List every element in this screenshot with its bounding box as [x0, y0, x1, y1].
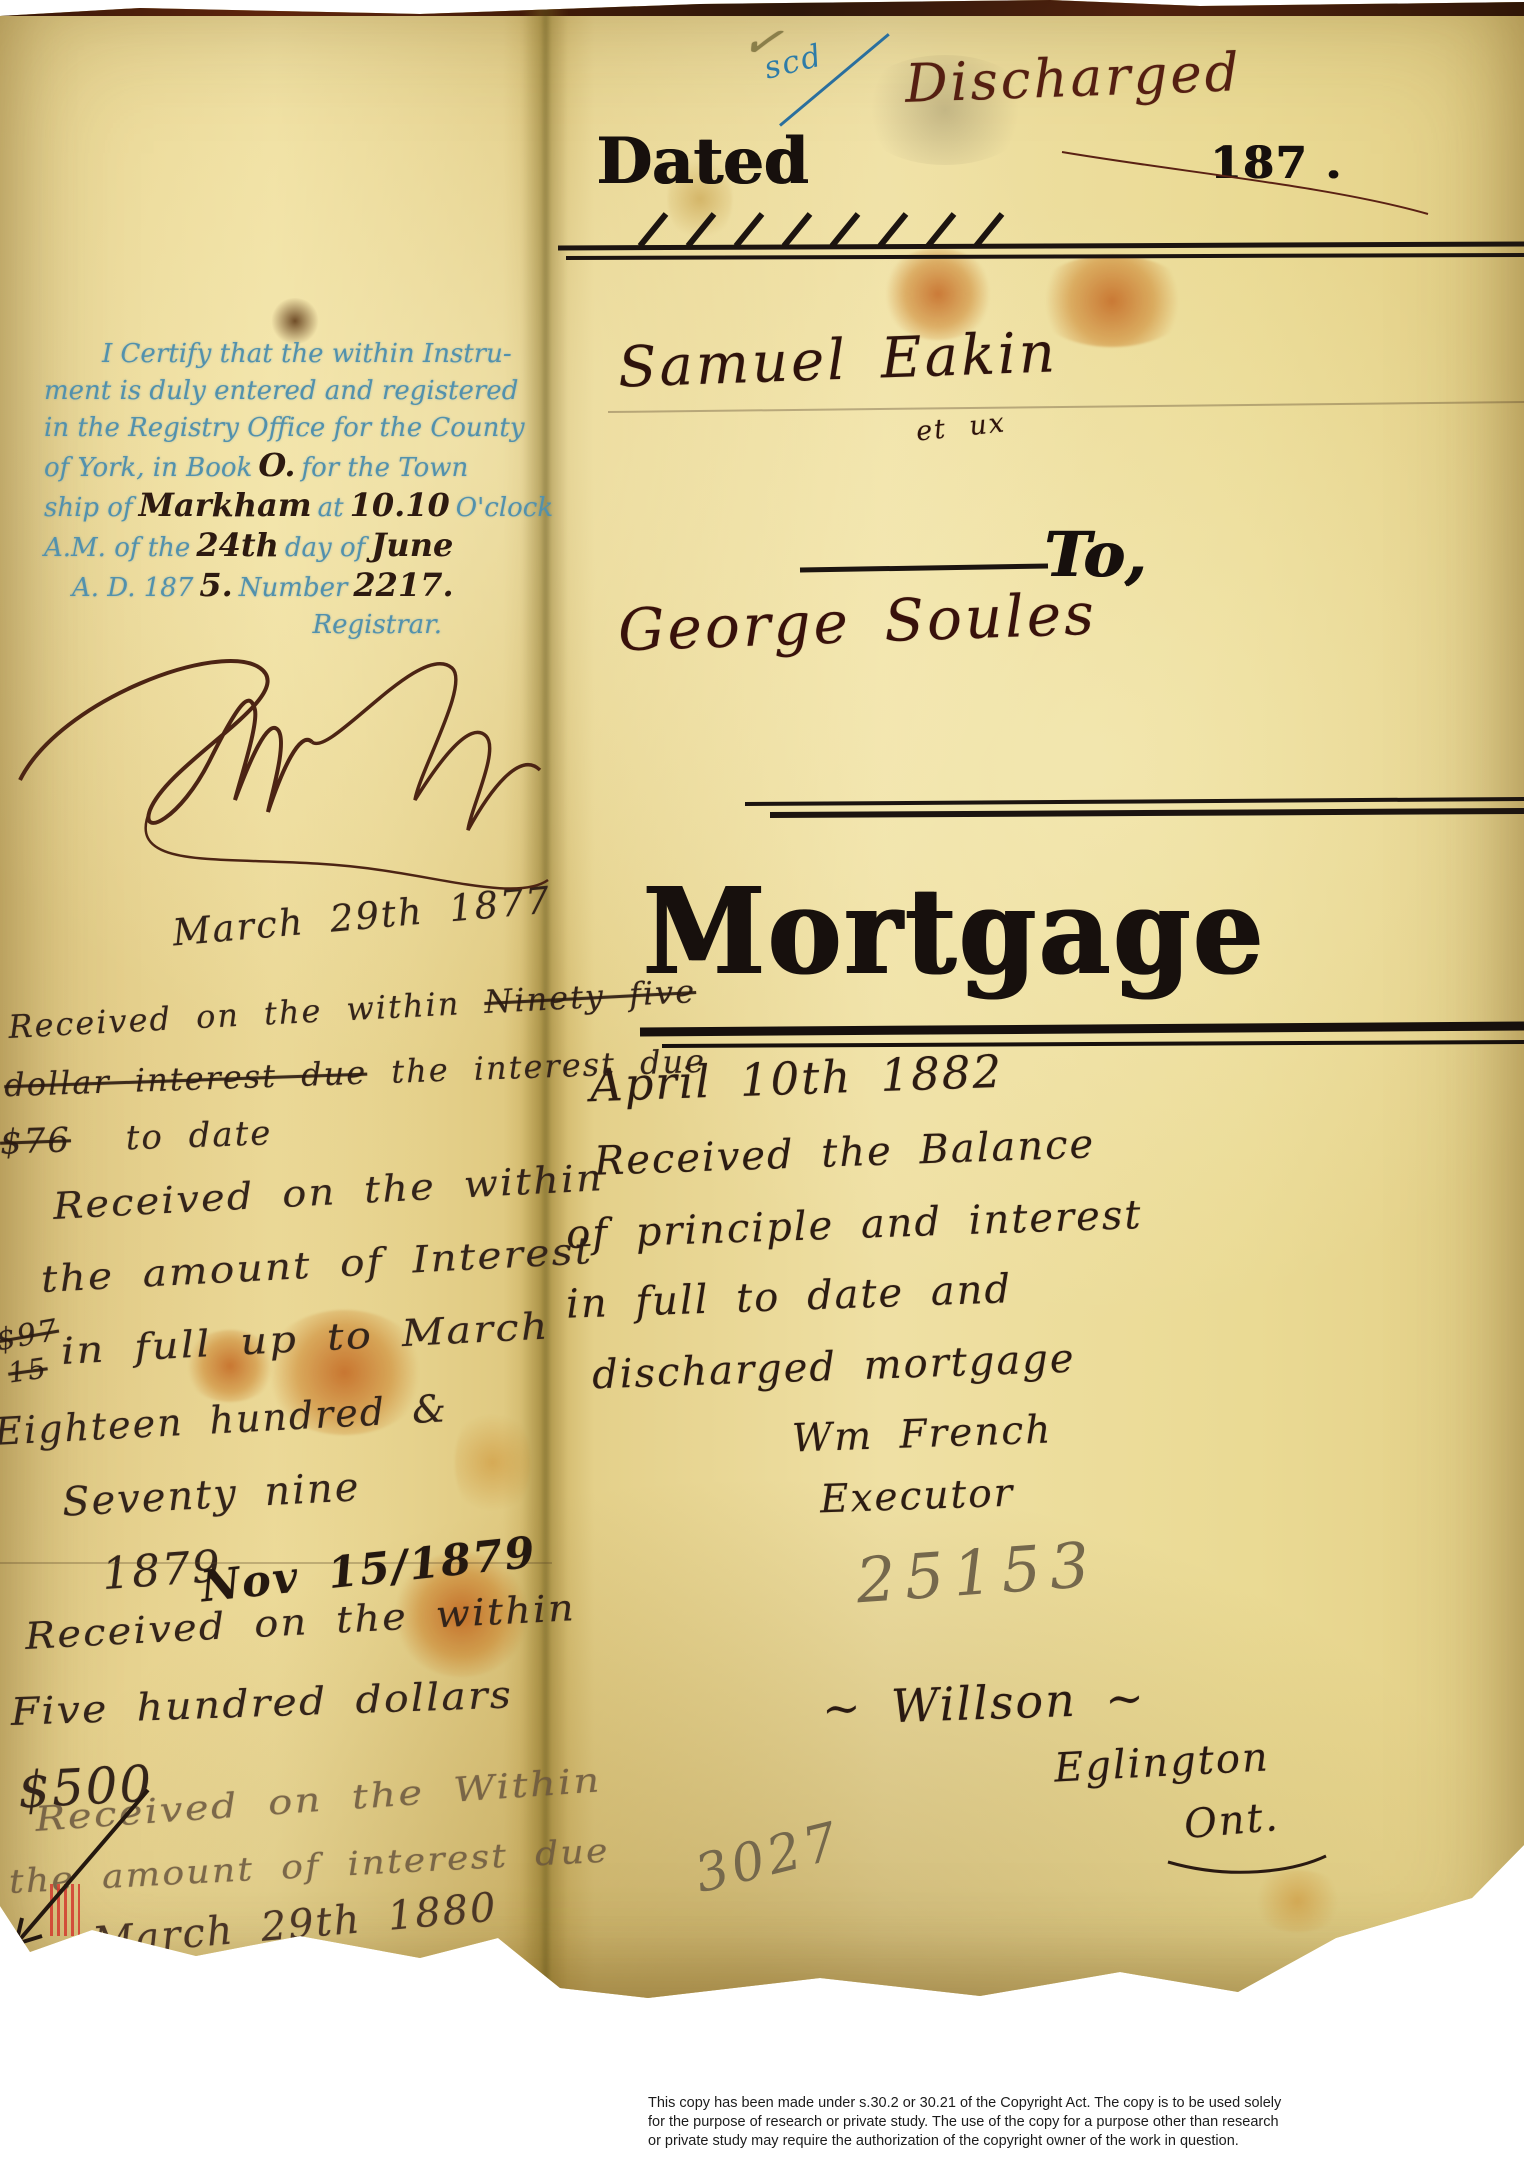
discharge-line: of principle and interest	[565, 1192, 1143, 1258]
receipt-nov1879-line: Five hundred dollars	[10, 1672, 514, 1734]
pencil-number: 3027	[689, 1811, 847, 1905]
registry-stamp: I Certify that the within Instru- ment i…	[44, 336, 482, 644]
stamp-text: ship of	[44, 493, 133, 523]
receipt-text: to date	[125, 1113, 273, 1158]
dated-rule	[558, 244, 1524, 258]
document-scan: I Certify that the within Instru- ment i…	[0, 0, 1524, 2170]
discharge-line: in full to date and	[565, 1266, 1012, 1328]
stamp-text: of York, in Book	[44, 453, 252, 483]
receipt-text: Received on the within	[7, 984, 461, 1046]
stamp-line: in the Registry Office for the County	[44, 410, 482, 447]
red-edge-marks	[50, 1884, 80, 1936]
mortgage-rule	[640, 1026, 1524, 1046]
margin-figure-struck: $97	[0, 1313, 62, 1358]
instrument-number-handwritten: 2217.	[353, 566, 453, 604]
dated-year: 187 .	[1210, 138, 1342, 189]
discharge-line: discharged mortgage	[591, 1336, 1076, 1399]
year-digit-handwritten: 5.	[199, 566, 232, 604]
stamp-line: ship ofMarkhamat10.10O'clock	[44, 487, 482, 527]
receipt-1877-date: March 29th 1877	[171, 879, 553, 955]
grantee-rule	[745, 799, 1524, 815]
stamp-line: ment is duly entered and registered	[44, 373, 482, 410]
copyright-line: for the purpose of research or private s…	[648, 2113, 1368, 2132]
discharged-note: Discharged	[904, 42, 1243, 115]
stamp-text: A.M. of the	[44, 533, 190, 563]
receipt-1879-line: the amount of Interest	[40, 1229, 594, 1301]
struck-text: dollar interest due	[4, 1054, 368, 1105]
registrant-province: Ont.	[1182, 1794, 1281, 1848]
stamp-text: for the Town	[301, 453, 468, 483]
receipt-1879-line: Eighteen hundred &	[0, 1386, 449, 1454]
stamp-text: O'clock	[456, 493, 553, 523]
rust-stain	[455, 1405, 530, 1520]
registrar-signature	[20, 661, 548, 889]
stamp-line: of York, in BookO.for the Town	[44, 447, 482, 487]
discharge-line: Received the Balance	[593, 1121, 1095, 1184]
receipt-1879-line: in full up to March	[60, 1304, 551, 1373]
receipt-1879-line: Seventy nine	[61, 1464, 361, 1526]
township-handwritten: Markham	[139, 486, 312, 524]
grantee-name: George Soules	[617, 580, 1098, 665]
pencil-guideline	[608, 402, 1524, 412]
copyright-line: This copy has been made under s.30.2 or …	[648, 2094, 1368, 2113]
month-handwritten: June	[371, 526, 453, 564]
discharge-signer: Wm French	[791, 1407, 1053, 1461]
to-rule	[800, 566, 1048, 570]
ont-flourish	[1168, 1856, 1326, 1872]
file-number: 25153	[854, 1528, 1101, 1618]
grantor-suffix: et ux	[915, 407, 1008, 447]
stamp-text: Number	[239, 573, 348, 603]
receipt-1877-line: Received on the within Ninety five	[7, 972, 697, 1046]
registrant-place: Eglington	[1053, 1734, 1271, 1791]
day-handwritten: 24th	[196, 526, 279, 564]
dated-label: Dated	[596, 124, 808, 199]
copyright-notice: This copy has been made under s.30.2 or …	[648, 2094, 1368, 2151]
stamp-line: A. D. 1875.Number2217.	[44, 567, 482, 607]
margin-figure-struck: 15	[6, 1351, 50, 1389]
book-letter-handwritten: O.	[258, 446, 295, 484]
stamp-line: A.M. of the24thday ofJune	[44, 527, 482, 567]
stamp-text: day of	[285, 533, 365, 563]
rust-stain	[1250, 1870, 1345, 1932]
doc-type-title: Mortgage	[642, 862, 1265, 1001]
struck-text: $76	[0, 1120, 72, 1162]
receipt-1880-line: the amount of interest due	[8, 1831, 611, 1901]
hatch-marks	[640, 214, 1002, 246]
grantor-name: Samuel Eakin	[617, 320, 1059, 400]
receipt-1880-line: March 29th 1880	[91, 1884, 500, 1965]
paper-sheet: I Certify that the within Instru- ment i…	[0, 0, 1524, 2004]
time-handwritten: 10.10	[350, 486, 450, 524]
stamp-text: at	[318, 493, 344, 523]
discharge-signer-title: Executor	[819, 1471, 1015, 1523]
copyright-line: or private study may require the authori…	[648, 2132, 1368, 2151]
registrant-name: ~ Willson ~	[821, 1670, 1147, 1735]
receipt-1877-line: $76 to date	[0, 1113, 273, 1162]
stamp-line: Registrar.	[44, 607, 482, 644]
stamp-text: A. D. 187	[72, 573, 193, 603]
stamp-line: I Certify that the within Instru-	[44, 336, 482, 373]
